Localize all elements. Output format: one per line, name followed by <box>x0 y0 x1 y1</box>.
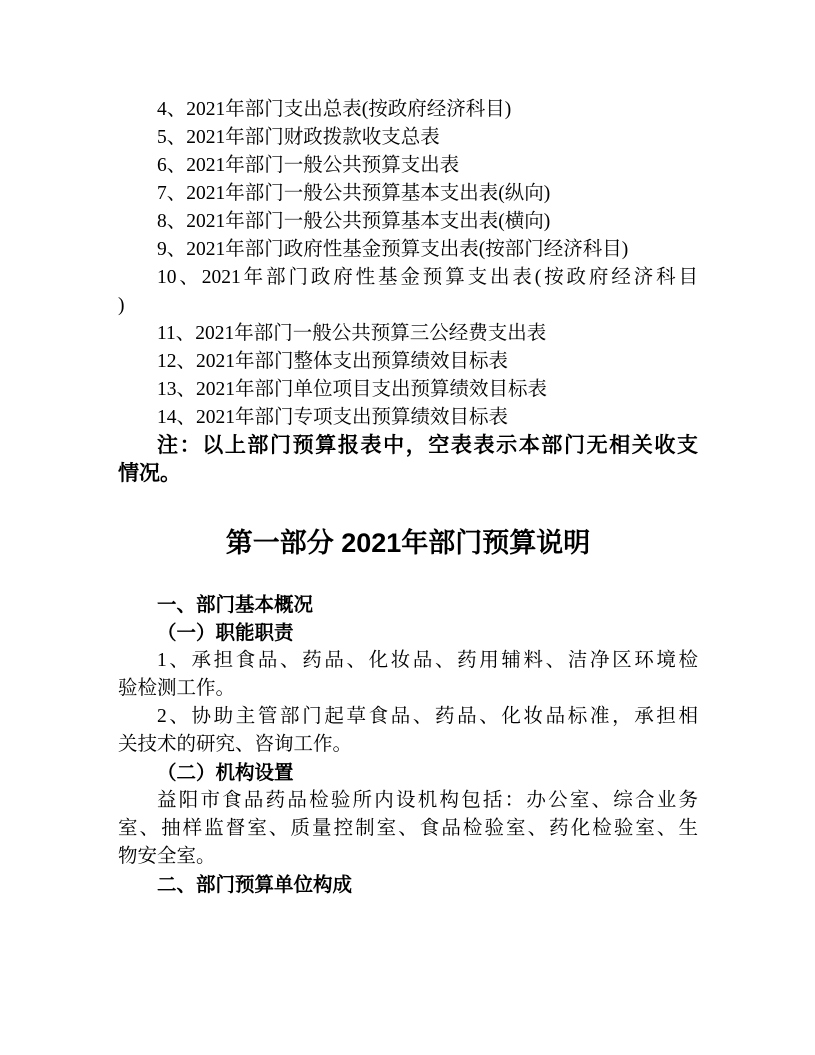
note-line: 情况。 <box>118 460 698 488</box>
section-2-title: 二、部门预算单位构成 <box>118 871 698 899</box>
org-paragraph-line: 物安全室。 <box>118 843 698 871</box>
table-list-item: 5、2021年部门财政拨款收支总表 <box>118 124 698 152</box>
table-list-item: 8、2021年部门一般公共预算基本支出表(横向) <box>118 208 698 236</box>
org-paragraph-line: 益阳市食品药品检验所内设机构包括：办公室、综合业务 <box>118 787 698 815</box>
subsection-1-title: （一）职能职责 <box>118 619 698 647</box>
document-page: 4、2021年部门支出总表(按政府经济科目) 5、2021年部门财政拨款收支总表… <box>0 0 815 1055</box>
document-content: 4、2021年部门支出总表(按政府经济科目) 5、2021年部门财政拨款收支总表… <box>0 0 815 899</box>
section-1-title: 一、部门基本概况 <box>118 591 698 619</box>
table-list-item: 6、2021年部门一般公共预算支出表 <box>118 152 698 180</box>
duty-paragraph-line: 关技术的研究、咨询工作。 <box>118 731 698 759</box>
part-one-heading: 第一部分 2021年部门预算说明 <box>118 521 698 565</box>
table-list-item: 9、2021年部门政府性基金预算支出表(按部门经济科目) <box>118 236 698 264</box>
duty-paragraph-line: 2、协助主管部门起草食品、药品、化妆品标准，承担相 <box>118 703 698 731</box>
table-list-item: 7、2021年部门一般公共预算基本支出表(纵向) <box>118 180 698 208</box>
subsection-2-title: （二）机构设置 <box>118 759 698 787</box>
table-list-item: 14、2021年部门专项支出预算绩效目标表 <box>118 404 698 432</box>
table-list-item: 10、2021年部门政府性基金预算支出表(按政府经济科目 <box>118 264 698 292</box>
table-list-item: 4、2021年部门支出总表(按政府经济科目) <box>118 96 698 124</box>
table-list-item-wrap: ) <box>118 292 698 320</box>
table-list-item: 13、2021年部门单位项目支出预算绩效目标表 <box>118 376 698 404</box>
duty-paragraph-line: 1、承担食品、药品、化妆品、药用辅料、洁净区环境检 <box>118 647 698 675</box>
table-list-item: 12、2021年部门整体支出预算绩效目标表 <box>118 348 698 376</box>
table-list-item: 11、2021年部门一般公共预算三公经费支出表 <box>118 320 698 348</box>
duty-paragraph-line: 验检测工作。 <box>118 675 698 703</box>
org-paragraph-line: 室、抽样监督室、质量控制室、食品检验室、药化检验室、生 <box>118 815 698 843</box>
note-line: 注：以上部门预算报表中，空表表示本部门无相关收支 <box>118 432 698 460</box>
